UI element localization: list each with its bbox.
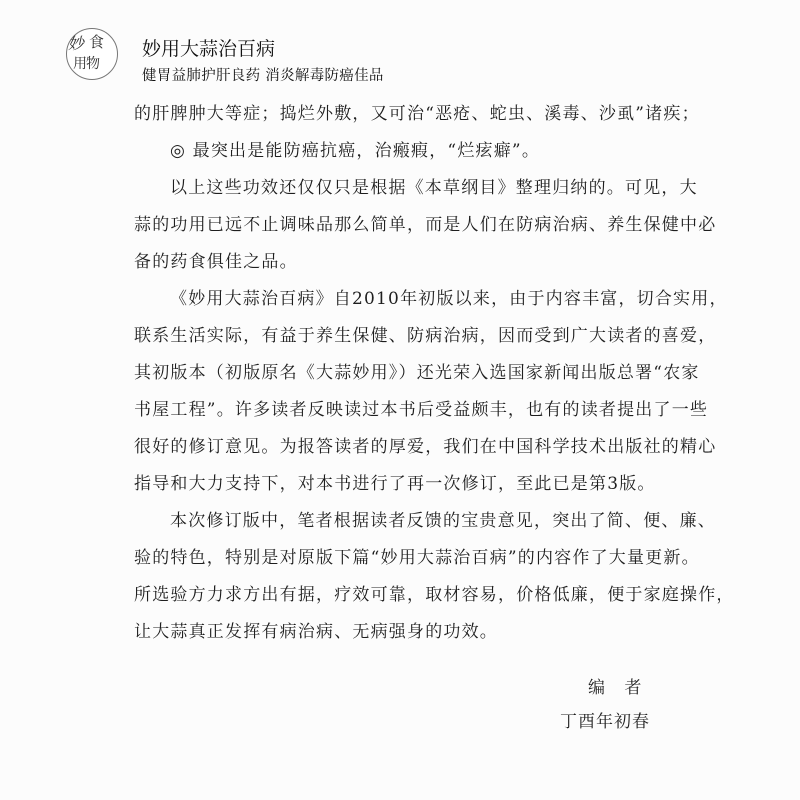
text-line: 蒜的功用已远不止调味品那么简单，而是人们在防病治病、养生保健中必 — [134, 211, 720, 248]
page-header: 妙 食 用物 妙用大蒜治百病 健胃益肺护肝良药 消炎解毒防癌佳品 — [66, 28, 766, 92]
text-line: 备的药食俱佳之品。 — [134, 248, 720, 285]
logo-char-yongwu: 用物 — [73, 57, 99, 71]
paragraph-start: 以上这些功效还仅仅只是根据《本草纲目》整理归纳的。可见，大 — [134, 174, 720, 211]
text-line: 其初版本（初版原名《大蒜妙用》）还光荣入选国家新闻出版总署“农家 — [134, 359, 720, 396]
text-line: 很好的修订意见。为报答读者的厚爱，我们在中国科学技术出版社的精心 — [134, 433, 720, 470]
signature-author: 编 者 — [560, 674, 650, 708]
text-line-highlight: ◎ 最突出是能防癌抗癌，治瘢瘕，“烂痃癖”。 — [134, 137, 720, 174]
logo-char-miao: 妙 — [67, 36, 86, 52]
text-line: 验的特色，特别是对原版下篇“妙用大蒜治百病”的内容作了大量更新。 — [134, 544, 720, 581]
text-line: 所选验方力求方出有据，疗效可靠，取材容易，价格低廉，便于家庭操作， — [134, 581, 720, 618]
text-line: 指导和大力支持下，对本书进行了再一次修订，至此已是第3版。 — [134, 470, 720, 507]
text-line: 让大蒜真正发挥有病治病、无病强身的功效。 — [134, 618, 720, 655]
paragraph-start: 本次修订版中，笔者根据读者反馈的宝贵意见，突出了简、便、廉、 — [134, 507, 720, 544]
signature-block: 编 者 丁酉年初春 — [560, 674, 650, 742]
signature-date: 丁酉年初春 — [560, 708, 650, 742]
preface-body: 的肝脾肿大等症；捣烂外敷，又可治“恶疮、蛇虫、溪毒、沙虱”诸疾； ◎ 最突出是能… — [134, 100, 720, 655]
logo-char-shi: 食 — [89, 35, 104, 50]
paragraph-start: 《妙用大蒜治百病》自2010年初版以来，由于内容丰富，切合实用， — [134, 285, 720, 322]
publisher-logo: 妙 食 用物 — [66, 28, 118, 80]
text-line: 的肝脾肿大等症；捣烂外敷，又可治“恶疮、蛇虫、溪毒、沙虱”诸疾； — [134, 100, 720, 137]
text-line: 联系生活实际，有益于养生保健、防病治病，因而受到广大读者的喜爱， — [134, 322, 720, 359]
book-subtitle: 健胃益肺护肝良药 消炎解毒防癌佳品 — [142, 64, 384, 85]
text-line: 书屋工程”。许多读者反映读过本书后受益颇丰，也有的读者提出了一些 — [134, 396, 720, 433]
book-title: 妙用大蒜治百病 — [142, 34, 275, 61]
